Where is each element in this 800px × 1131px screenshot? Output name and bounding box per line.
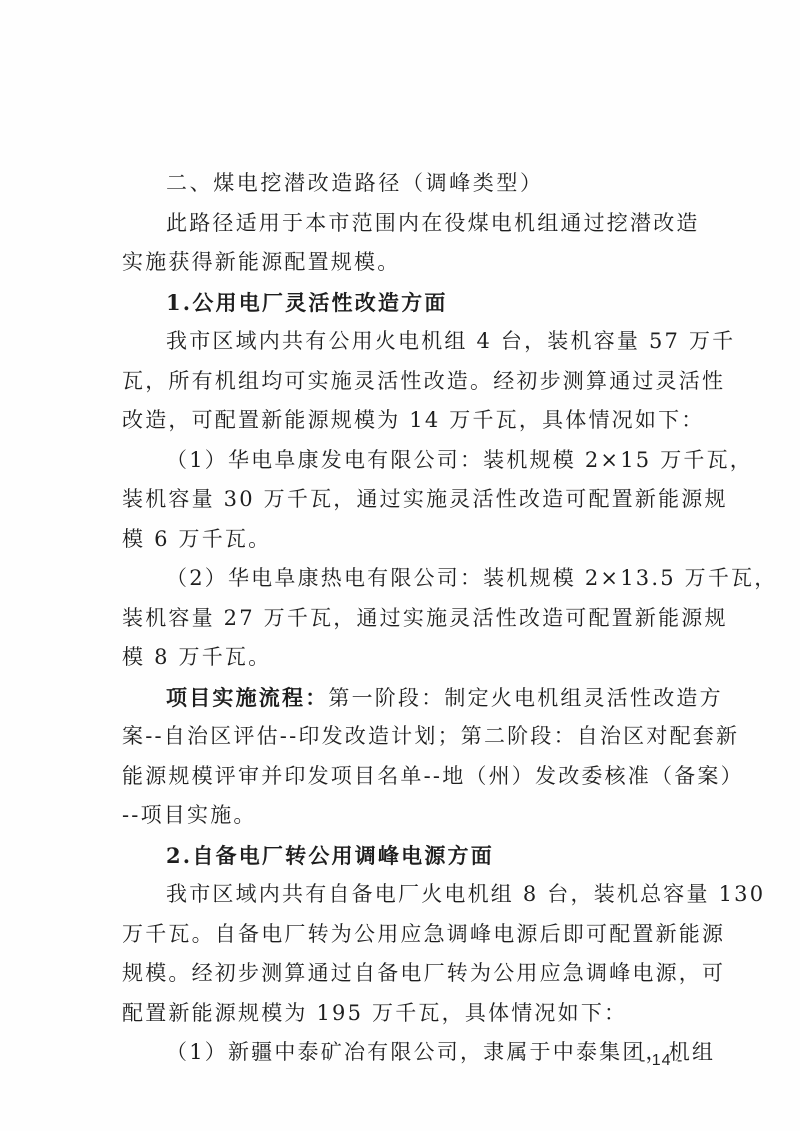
page-number: - 14 - xyxy=(640,1052,683,1070)
process-line-3: 能源规模评审并印发项目名单--地（州）发改委核准（备案） xyxy=(122,757,682,797)
subsection1-paragraph-line-1: 我市区域内共有公用火电机组 4 台，装机容量 57 万千 xyxy=(122,322,682,362)
subsection1-item1-line-3: 模 6 万千瓦。 xyxy=(122,520,682,560)
subsection1-item2-line-3: 模 8 万千瓦。 xyxy=(122,638,682,678)
subsection1-item1-line-1: （1）华电阜康发电有限公司：装机规模 2×15 万千瓦， xyxy=(122,441,682,481)
subsection1-paragraph-line-3: 改造，可配置新能源规模为 14 万千瓦，具体情况如下： xyxy=(122,401,682,441)
subsection2-title: 2.自备电厂转公用调峰电源方面 xyxy=(122,836,682,876)
subsection2-paragraph-line-3: 规模。经初步测算通过自备电厂转为公用应急调峰电源，可 xyxy=(122,954,682,994)
document-body: 二、煤电挖潜改造路径（调峰类型） 此路径适用于本市范围内在役煤电机组通过挖潜改造… xyxy=(122,164,682,1073)
intro-line-1: 此路径适用于本市范围内在役煤电机组通过挖潜改造 xyxy=(122,204,682,244)
subsection1-paragraph-line-2: 瓦，所有机组均可实施灵活性改造。经初步测算通过灵活性 xyxy=(122,362,682,402)
subsection2-paragraph-line-4: 配置新能源规模为 195 万千瓦，具体情况如下： xyxy=(122,994,682,1034)
subsection1-item1-line-2: 装机容量 30 万千瓦，通过实施灵活性改造可配置新能源规 xyxy=(122,480,682,520)
process-line-4: --项目实施。 xyxy=(122,796,682,836)
process-text-1: 第一阶段：制定火电机组灵活性改造方 xyxy=(328,686,722,710)
process-label: 项目实施流程： xyxy=(166,685,328,710)
subsection2-paragraph-line-2: 万千瓦。自备电厂转为公用应急调峰电源后即可配置新能源 xyxy=(122,915,682,955)
subsection1-title: 1.公用电厂灵活性改造方面 xyxy=(122,283,682,323)
subsection1-item2-line-1: （2）华电阜康热电有限公司：装机规模 2×13.5 万千瓦， xyxy=(122,559,682,599)
subsection1-item2-line-2: 装机容量 27 万千瓦，通过实施灵活性改造可配置新能源规 xyxy=(122,599,682,639)
process-line-1: 项目实施流程：第一阶段：制定火电机组灵活性改造方 xyxy=(122,678,682,718)
subsection2-item1-line-1: （1）新疆中泰矿冶有限公司，隶属于中泰集团，机组 xyxy=(122,1033,682,1073)
process-line-2: 案--自治区评估--印发改造计划；第二阶段：自治区对配套新 xyxy=(122,717,682,757)
intro-line-2: 实施获得新能源配置规模。 xyxy=(122,243,682,283)
document-page: 二、煤电挖潜改造路径（调峰类型） 此路径适用于本市范围内在役煤电机组通过挖潜改造… xyxy=(0,0,800,1131)
section-heading: 二、煤电挖潜改造路径（调峰类型） xyxy=(122,164,682,204)
subsection2-paragraph-line-1: 我市区域内共有自备电厂火电机组 8 台，装机总容量 130 xyxy=(122,875,682,915)
